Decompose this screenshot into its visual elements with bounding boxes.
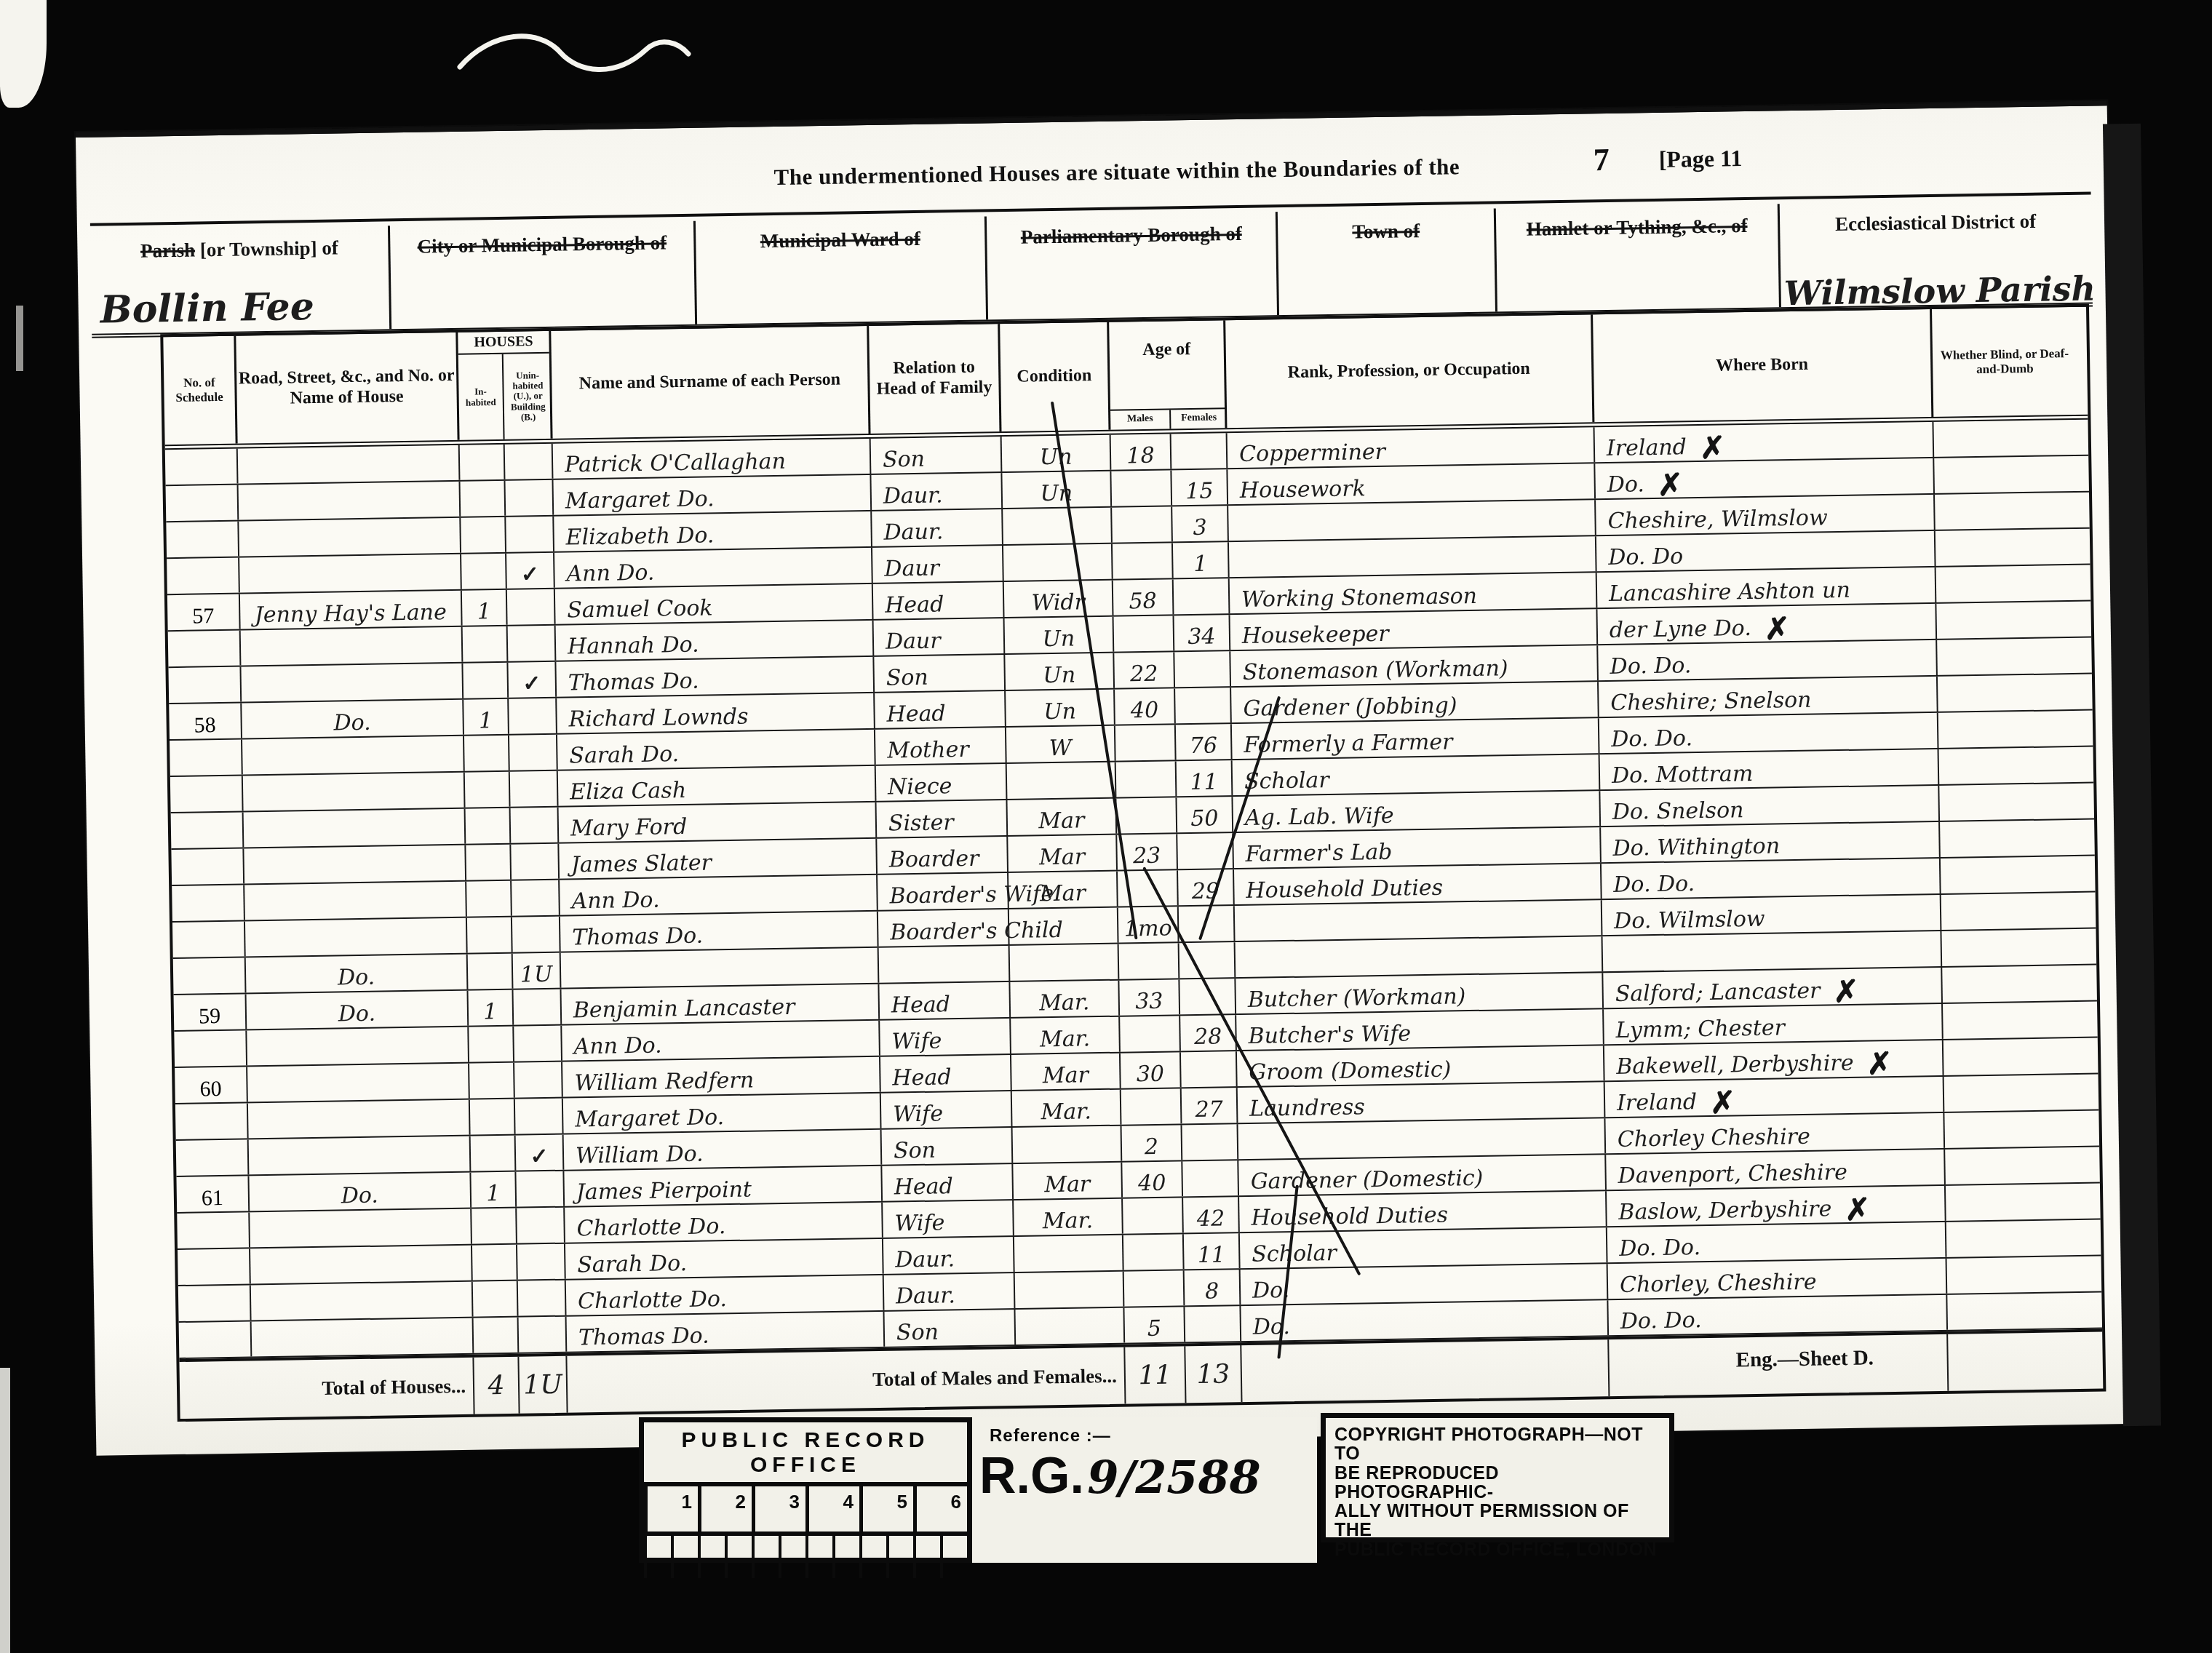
- cell-relation: Head: [880, 1055, 1012, 1092]
- cell-inhabited: [465, 772, 511, 808]
- cell-road: [251, 1282, 474, 1321]
- where-born-value: Do. Do.: [1613, 871, 1695, 898]
- cell-age-male: [1113, 543, 1174, 578]
- cell-inhabited: [472, 1245, 518, 1280]
- cell-relation: Son: [882, 1128, 1014, 1165]
- cell-road: [239, 518, 461, 557]
- sheet-note: Eng.—Sheet D.: [1735, 1346, 1874, 1372]
- cell-where-born: Ireland✗: [1605, 1077, 1945, 1117]
- col-header-relation: Relation to Head of Family: [869, 324, 1001, 434]
- cell-age-male: 18: [1111, 434, 1172, 469]
- cell-condition: Mar: [1008, 835, 1118, 872]
- cell-schedule: [179, 1321, 252, 1358]
- cell-uninhabited: [511, 808, 560, 843]
- cell-age-male: 30: [1121, 1052, 1182, 1088]
- cell-age-male: 23: [1117, 834, 1178, 869]
- cell-age-male: [1115, 725, 1177, 760]
- cell-where-born: Salford; Lancaster✗: [1603, 968, 1943, 1008]
- census-rows: Patrick O'Callaghan Son Un 18 Coppermine…: [165, 420, 2102, 1359]
- where-born-value: Do.: [1607, 471, 1644, 498]
- cell-age-male: [1121, 1088, 1182, 1124]
- cell-uninhabited: [517, 1208, 565, 1243]
- cell-name: James Slater: [559, 839, 878, 879]
- col-header-occupation: Rank, Profession, or Occupation: [1225, 314, 1594, 428]
- film-artifact: [16, 306, 23, 371]
- where-born-value: Do. Wilmslow: [1614, 907, 1765, 934]
- cell-relation: Daur.: [883, 1237, 1015, 1274]
- ruler-scale-top: 1 2 3 4 5 6: [644, 1486, 967, 1536]
- cell-relation: Boarder's Wife: [878, 873, 1009, 910]
- cell-where-born: Do. Do.: [1608, 1295, 1948, 1335]
- col-header-schedule: No. of Schedule: [163, 336, 237, 445]
- cell-occupation: Butcher (Workman): [1236, 973, 1604, 1013]
- cell-inhabited: 1: [471, 1172, 517, 1208]
- cell-blind: [1936, 602, 2081, 639]
- where-born-value: Do. Do.: [1611, 725, 1692, 752]
- cell-age-female: [1175, 688, 1232, 723]
- cell-where-born: Lancashire Ashton un: [1597, 567, 1937, 608]
- cell-condition: [1009, 908, 1119, 944]
- where-born-value: Do. Mottram: [1612, 761, 1754, 789]
- cross-mark: ✗: [1866, 1054, 1893, 1076]
- cell-blind: [1935, 493, 2080, 530]
- where-born-value: Baslow, Derbyshire: [1618, 1196, 1831, 1225]
- reference-prefix: R.G.: [979, 1447, 1084, 1504]
- cell-inhabited: [474, 1318, 520, 1353]
- cell-age-female: 8: [1185, 1270, 1241, 1305]
- cell-name: Ann Do.: [562, 1021, 880, 1061]
- cell-condition: Mar: [1007, 799, 1117, 835]
- cell-blind: [1947, 1256, 2092, 1294]
- cell-age-male: [1116, 761, 1177, 797]
- ruler-number: 1: [644, 1491, 698, 1513]
- copyright-line: PUBLIC RECORD OFFICE, LONDON: [1334, 1540, 1660, 1559]
- cell-where-born: Do. Do: [1596, 531, 1936, 571]
- cell-schedule: [166, 485, 239, 522]
- cell-inhabited: [467, 917, 513, 953]
- cell-name: Charlotte Do.: [566, 1275, 885, 1315]
- cell-condition: Mar.: [1014, 1199, 1123, 1235]
- cell-name: [561, 948, 880, 988]
- cell-age-male: 58: [1113, 579, 1174, 615]
- cell-name: Thomas Do.: [556, 657, 875, 697]
- cell-where-born: Davenport, Cheshire: [1606, 1150, 1946, 1190]
- cell-blind: [1938, 711, 2083, 748]
- cell-schedule: 59: [174, 995, 247, 1031]
- check-mark: ✓: [521, 562, 540, 587]
- pro-office-title: PUBLIC RECORD OFFICE: [644, 1422, 967, 1486]
- cell-name: Hannah Do.: [556, 621, 875, 661]
- cell-uninhabited: [505, 444, 554, 479]
- cell-inhabited: [473, 1281, 519, 1317]
- cell-road: [248, 1100, 471, 1139]
- cell-blind: [1946, 1184, 2090, 1221]
- cross-mark: ✗: [1700, 438, 1726, 460]
- cell-road: [241, 664, 464, 702]
- cell-relation: Sister: [876, 800, 1008, 837]
- cell-age-male: 22: [1114, 652, 1175, 688]
- check-mark: ✓: [530, 1144, 549, 1169]
- cell-inhabited: 1: [464, 699, 509, 735]
- cell-name: Richard Lownds: [557, 693, 875, 733]
- cell-age-male: [1123, 1198, 1184, 1233]
- cell-inhabited: [472, 1208, 517, 1244]
- cell-occupation: Scholar: [1233, 754, 1601, 795]
- where-born-value: Do. Do.: [1619, 1235, 1700, 1262]
- cell-inhabited: [463, 663, 509, 698]
- cell-relation: Son: [871, 437, 1003, 474]
- cross-mark: ✗: [1658, 475, 1684, 497]
- where-born-value: Cheshire, Wilmslow: [1607, 505, 1828, 534]
- cell-where-born: Chorley, Cheshire: [1608, 1259, 1948, 1299]
- cell-uninhabited: [515, 1099, 564, 1134]
- cell-name: James Pierpoint: [564, 1166, 883, 1206]
- cell-blind: [1938, 674, 2082, 712]
- cell-inhabited: [470, 1099, 516, 1135]
- cell-schedule: [173, 958, 247, 995]
- ruler-number: 2: [698, 1491, 752, 1513]
- cell-age-female: [1174, 578, 1230, 614]
- where-born-value: Salford; Lancaster: [1615, 979, 1820, 1007]
- cell-inhabited: 1: [462, 590, 508, 626]
- cell-occupation: Household Duties: [1234, 864, 1602, 904]
- col-header-age: Age of Males Females: [1109, 320, 1227, 429]
- cell-where-born: Do. Mottram: [1600, 749, 1940, 789]
- cell-relation: Head: [882, 1164, 1014, 1201]
- cell-age-female: [1181, 1051, 1238, 1087]
- ruler-number: 6: [913, 1491, 967, 1513]
- cell-schedule: [165, 449, 239, 485]
- cell-age-male: 2: [1122, 1125, 1183, 1160]
- cell-occupation: Do.: [1241, 1300, 1609, 1341]
- cell-age-male: 40: [1122, 1161, 1183, 1197]
- total-males: 11: [1125, 1346, 1186, 1403]
- where-born-value: Lymm; Chester: [1615, 1015, 1785, 1043]
- total-females: 13: [1185, 1345, 1242, 1403]
- cell-inhabited: [463, 626, 509, 662]
- cell-where-born: Do.✗: [1595, 458, 1935, 498]
- cell-age-female: [1182, 1160, 1239, 1196]
- scratch-artifact: [451, 22, 699, 87]
- cell-uninhabited: [516, 1171, 565, 1207]
- cell-age-female: 28: [1180, 1015, 1237, 1051]
- cell-schedule: 61: [176, 1176, 250, 1212]
- cell-blind: [1944, 1111, 2089, 1148]
- cell-road: [249, 1136, 472, 1175]
- where-born-value: Ireland: [1607, 434, 1687, 461]
- houses-title: HOUSES: [458, 331, 549, 355]
- cell-schedule: [178, 1285, 252, 1321]
- cell-age-female: 34: [1174, 615, 1231, 650]
- cell-relation: Head: [875, 691, 1006, 728]
- cell-relation: Son: [884, 1310, 1016, 1347]
- folio-number: 7: [1593, 141, 1610, 178]
- ecclesiastical-district-value: Wilmslow Parish: [1783, 268, 2096, 313]
- cell-condition: [1003, 544, 1113, 581]
- houses-subheaders: In-habited Unin-habited (U.), or Buildin…: [458, 354, 551, 440]
- cell-schedule: [172, 885, 245, 922]
- cell-relation: Head: [879, 982, 1011, 1019]
- cell-age-male: [1111, 470, 1172, 506]
- col-header-houses: HOUSES In-habited Unin-habited (U.), or …: [458, 331, 552, 440]
- cell-age-male: 33: [1119, 979, 1180, 1015]
- cell-occupation: Groom (Domestic): [1237, 1045, 1605, 1086]
- cell-road: Do.: [249, 1173, 472, 1211]
- cell-name: Ann Do.: [560, 875, 878, 915]
- where-born-value: Chorley Cheshire: [1618, 1124, 1810, 1152]
- cell-blind: [1937, 638, 2082, 675]
- cell-where-born: Do. Snelson: [1600, 786, 1940, 826]
- town-label: Town of: [1352, 220, 1420, 242]
- cell-condition: Mar.: [1012, 1090, 1122, 1126]
- cell-where-born: Baslow, Derbyshire✗: [1607, 1186, 1946, 1226]
- cell-schedule: [167, 558, 240, 594]
- pro-ruler-stamp: PUBLIC RECORD OFFICE 1 2 3 4 5 6: [639, 1417, 972, 1563]
- cell-condition: W: [1006, 726, 1116, 762]
- cell-condition: [1010, 944, 1120, 981]
- where-born-value: Davenport, Cheshire: [1618, 1160, 1847, 1189]
- cell-where-born: Ireland✗: [1595, 422, 1935, 462]
- cell-inhabited: [471, 1136, 517, 1171]
- col-header-road: Road, Street, &c., and No. or Name of Ho…: [236, 332, 459, 444]
- cell-road: [252, 1318, 474, 1357]
- field-municipal-ward: Municipal Ward of: [696, 216, 988, 324]
- cell-road: [250, 1209, 472, 1248]
- cell-relation: Son: [874, 655, 1006, 692]
- cell-age-female: 11: [1184, 1233, 1241, 1269]
- cell-name: Sarah Do.: [557, 730, 876, 770]
- copyright-stamp: COPYRIGHT PHOTOGRAPH—NOT TO BE REPRODUCE…: [1321, 1413, 1674, 1542]
- cell-inhabited: [469, 1027, 514, 1062]
- cell-condition: [1007, 762, 1117, 799]
- field-hamlet: Hamlet or Tything, &c., of: [1496, 204, 1781, 311]
- parish-struck-label: Parish: [140, 239, 195, 261]
- pro-reference-stamp: Reference :— R.G. 9/2588: [972, 1417, 1317, 1563]
- cell-age-female: 1: [1173, 542, 1230, 578]
- cell-name: Charlotte Do.: [565, 1203, 883, 1243]
- cell-relation: Head: [873, 582, 1005, 619]
- ruler-scale-bottom: [644, 1536, 967, 1578]
- cell-name: William Do.: [564, 1130, 883, 1170]
- cell-uninhabited: 1U: [513, 953, 562, 989]
- totals-empty-blind: [1948, 1332, 2093, 1391]
- where-born-value: Lancashire Ashton un: [1609, 578, 1850, 607]
- reference-label: Reference :—: [972, 1417, 1317, 1446]
- cell-schedule: [171, 849, 244, 885]
- cell-relation: Wife: [883, 1200, 1014, 1238]
- total-houses-label: Total of Houses...: [179, 1358, 474, 1419]
- cell-relation: Boarder: [877, 837, 1008, 874]
- cell-inhabited: 1: [468, 990, 514, 1026]
- cell-inhabited: [466, 845, 512, 880]
- cell-inhabited: [468, 954, 514, 989]
- cell-relation: Daur.: [872, 509, 1003, 546]
- cell-blind: [1941, 929, 2086, 966]
- cell-schedule: [171, 813, 244, 849]
- cell-uninhabited: [512, 880, 560, 916]
- scanned-census-page: The undermentioned Houses are situate wi…: [0, 0, 2212, 1653]
- municipal-ward-label: Municipal Ward of: [760, 228, 920, 252]
- cell-condition: Mar.: [1011, 1017, 1121, 1053]
- cell-occupation: Formerly a Farmer: [1232, 718, 1600, 759]
- cell-schedule: [176, 1139, 250, 1176]
- cell-uninhabited: [509, 735, 558, 770]
- col-header-where-born: Where Born: [1593, 309, 1933, 422]
- cell-blind: [1935, 529, 2080, 566]
- cell-uninhabited: [505, 480, 554, 516]
- cell-schedule: [168, 631, 242, 667]
- cell-occupation: Working Stonemason: [1230, 573, 1598, 613]
- cell-inhabited: [469, 1063, 515, 1099]
- census-sheet: The undermentioned Houses are situate wi…: [76, 100, 2128, 1456]
- cell-inhabited: [466, 808, 512, 844]
- schedule-line2: Schedule: [175, 390, 223, 405]
- cell-name: William Redfern: [562, 1057, 881, 1097]
- cell-uninhabited: [510, 771, 559, 807]
- cell-blind: [1944, 1075, 2089, 1112]
- cell-name: Samuel Cook: [555, 584, 874, 624]
- cell-age-female: 29: [1178, 869, 1235, 905]
- cell-uninhabited: ✓: [506, 553, 555, 589]
- cell-blind: [1936, 565, 2081, 602]
- cell-occupation: Housework: [1228, 463, 1596, 504]
- cell-blind: [1946, 1220, 2091, 1257]
- cell-uninhabited: [511, 844, 560, 880]
- field-city-borough: City or Municipal Borough of: [390, 221, 697, 330]
- cell-age-male: [1116, 797, 1177, 833]
- cell-name: Patrick O'Callaghan: [553, 439, 872, 479]
- cell-road: [244, 809, 466, 848]
- cell-road: [241, 627, 464, 666]
- cell-condition: Un: [1005, 617, 1115, 653]
- cell-uninhabited: [514, 1026, 562, 1061]
- cell-occupation: Butcher's Wife: [1236, 1009, 1604, 1050]
- cell-age-male: [1123, 1234, 1185, 1270]
- cell-uninhabited: [514, 1062, 563, 1098]
- cell-road: [239, 482, 461, 520]
- where-born-value: Do. Withington: [1612, 833, 1780, 861]
- cross-mark: ✗: [1833, 981, 1859, 1003]
- parliamentary-borough-label: Parliamentary Borough of: [1021, 223, 1242, 248]
- where-born-value: Do. Do.: [1620, 1307, 1702, 1334]
- cell-road: [247, 1027, 469, 1066]
- ecclesiastical-district-label: Ecclesiastical District of: [1835, 210, 2036, 235]
- city-borough-label: City or Municipal Borough of: [417, 231, 667, 257]
- col-header-blind: Whether Blind, or Deaf-and-Dumb: [1932, 307, 2077, 417]
- hamlet-label: Hamlet or Tything, &c., of: [1527, 215, 1748, 240]
- cell-occupation: Stonemason (Workman): [1230, 645, 1599, 686]
- parish-kept-label: [or Township] of: [200, 236, 339, 260]
- cell-road: [250, 1246, 473, 1284]
- cell-road: Do.: [242, 700, 464, 738]
- cell-condition: Mar: [1008, 872, 1118, 908]
- cell-where-born: [1603, 931, 1943, 971]
- total-houses-uninhabited: 1U: [519, 1356, 568, 1414]
- copyright-line: ALLY WITHOUT PERMISSION OF THE: [1334, 1502, 1660, 1540]
- cell-age-male: [1124, 1270, 1185, 1306]
- film-artifact: [0, 1368, 10, 1653]
- cell-condition: Widr: [1004, 581, 1114, 617]
- where-born-value: Chorley, Cheshire: [1620, 1270, 1817, 1298]
- cell-where-born: Do. Do.: [1602, 859, 1941, 899]
- cell-name: Elizabeth Do.: [554, 511, 872, 551]
- cell-relation: Mother: [875, 728, 1007, 765]
- cell-name: Benjamin Lancaster: [561, 984, 880, 1024]
- cell-condition: [1014, 1235, 1124, 1272]
- cell-age-male: [1120, 1016, 1181, 1051]
- cell-schedule: [177, 1212, 250, 1248]
- cell-road: [238, 445, 461, 484]
- cell-name: Thomas Do.: [567, 1312, 886, 1352]
- cell-inhabited: [461, 517, 506, 553]
- cell-uninhabited: [508, 626, 557, 661]
- cell-inhabited: [466, 881, 512, 917]
- cell-relation: Wife: [880, 1019, 1011, 1056]
- where-born-value: Do. Snelson: [1612, 797, 1744, 825]
- cell-age-female: 15: [1171, 469, 1228, 505]
- cell-blind: [1943, 1002, 2088, 1039]
- cell-relation: [879, 946, 1011, 983]
- totals-empty-occupation: [1241, 1339, 1610, 1402]
- cell-road: [243, 773, 466, 811]
- cell-condition: Mar: [1013, 1163, 1123, 1199]
- cell-relation: Daur: [872, 546, 1004, 583]
- cell-inhabited: [460, 481, 506, 517]
- cell-name: Eliza Cash: [558, 766, 877, 806]
- cell-age-female: 50: [1177, 797, 1233, 832]
- field-parish: Parish [or Township] of Bollin Fee: [90, 226, 391, 333]
- total-males-females-label: Total of Males and Females...: [567, 1347, 1126, 1413]
- cross-mark: ✗: [1765, 619, 1791, 641]
- col-header-males: Males: [1110, 410, 1171, 429]
- cell-condition: Un: [1005, 653, 1115, 690]
- uninhabited-value: 1U: [520, 962, 553, 988]
- reference-value: R.G. 9/2588: [972, 1446, 1317, 1505]
- cell-occupation: [1235, 900, 1603, 941]
- cell-schedule: [172, 922, 246, 958]
- cell-uninhabited: [513, 989, 562, 1025]
- cell-schedule: [170, 740, 243, 776]
- cell-condition: Mar: [1011, 1053, 1121, 1090]
- cell-age-male: 1mo: [1118, 907, 1179, 942]
- ruler-numbers: 1 2 3 4 5 6: [644, 1491, 967, 1513]
- cell-occupation: Farmer's Lab: [1233, 827, 1602, 868]
- cell-occupation: [1229, 536, 1597, 577]
- cell-road: Do.: [247, 991, 469, 1029]
- cell-occupation: [1236, 936, 1604, 977]
- col-header-females: Females: [1171, 409, 1227, 429]
- check-mark: ✓: [522, 671, 541, 696]
- cell-schedule: [168, 667, 242, 704]
- col-header-uninhabited: Unin-habited (U.), or Building (B.): [504, 354, 553, 439]
- cell-blind: [1944, 1038, 2088, 1075]
- cell-age-female: 3: [1172, 506, 1229, 541]
- cell-where-born: Do. Do.: [1607, 1222, 1947, 1262]
- age-subheaders: Males Females: [1110, 407, 1225, 430]
- cell-schedule: 58: [169, 704, 242, 740]
- cell-road: [244, 845, 466, 884]
- where-born-value: Do. Do.: [1610, 653, 1691, 680]
- cell-relation: Boarder's Child: [878, 909, 1010, 947]
- parish-value: Bollin Fee: [100, 284, 314, 332]
- schedule-line1: No. of: [183, 376, 215, 391]
- copyright-line: BE REPRODUCED PHOTOGRAPHIC-: [1334, 1464, 1660, 1502]
- col-header-inhabited: In-habited: [458, 354, 505, 440]
- cell-relation: Wife: [881, 1091, 1013, 1128]
- cell-blind: [1934, 456, 2079, 493]
- cell-condition: Un: [1002, 471, 1112, 508]
- cell-road: Jenny Hay's Lane: [240, 591, 463, 629]
